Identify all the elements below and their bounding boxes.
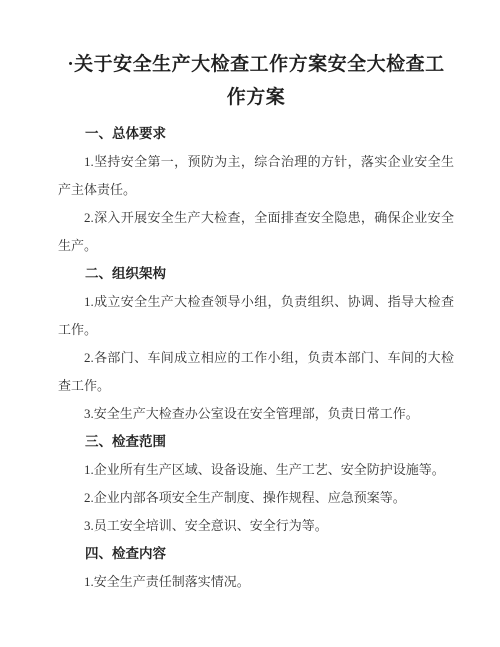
paragraph: 1.企业所有生产区域、设备设施、生产工艺、安全防护设施等。 [58,456,454,484]
paragraph: 2.企业内部各项安全生产制度、操作规程、应急预案等。 [58,484,454,512]
document-title: ·关于安全生产大检查工作方案安全大检查工作方案 [58,48,454,114]
section-heading: 三、检查范围 [58,428,454,456]
section-heading: 四、检查内容 [58,540,454,568]
section-heading: 一、总体要求 [58,120,454,148]
paragraph: 2.各部门、车间成立相应的工作小组，负责本部门、车间的大检查工作。 [58,344,454,400]
paragraph: 3.员工安全培训、安全意识、安全行为等。 [58,512,454,540]
paragraph: 1.坚持安全第一，预防为主，综合治理的方针，落实企业安全生产主体责任。 [58,148,454,204]
document-page: ·关于安全生产大检查工作方案安全大检查工作方案 一、总体要求1.坚持安全第一，预… [0,0,500,647]
section-heading: 二、组织架构 [58,260,454,288]
paragraph: 3.安全生产大检查办公室设在安全管理部，负责日常工作。 [58,400,454,428]
document-sections: 一、总体要求1.坚持安全第一，预防为主，综合治理的方针，落实企业安全生产主体责任… [58,120,454,596]
paragraph: 1.安全生产责任制落实情况。 [58,568,454,596]
paragraph: 2.深入开展安全生产大检查，全面排查安全隐患，确保企业安全生产。 [58,204,454,260]
paragraph: 1.成立安全生产大检查领导小组，负责组织、协调、指导大检查工作。 [58,288,454,344]
